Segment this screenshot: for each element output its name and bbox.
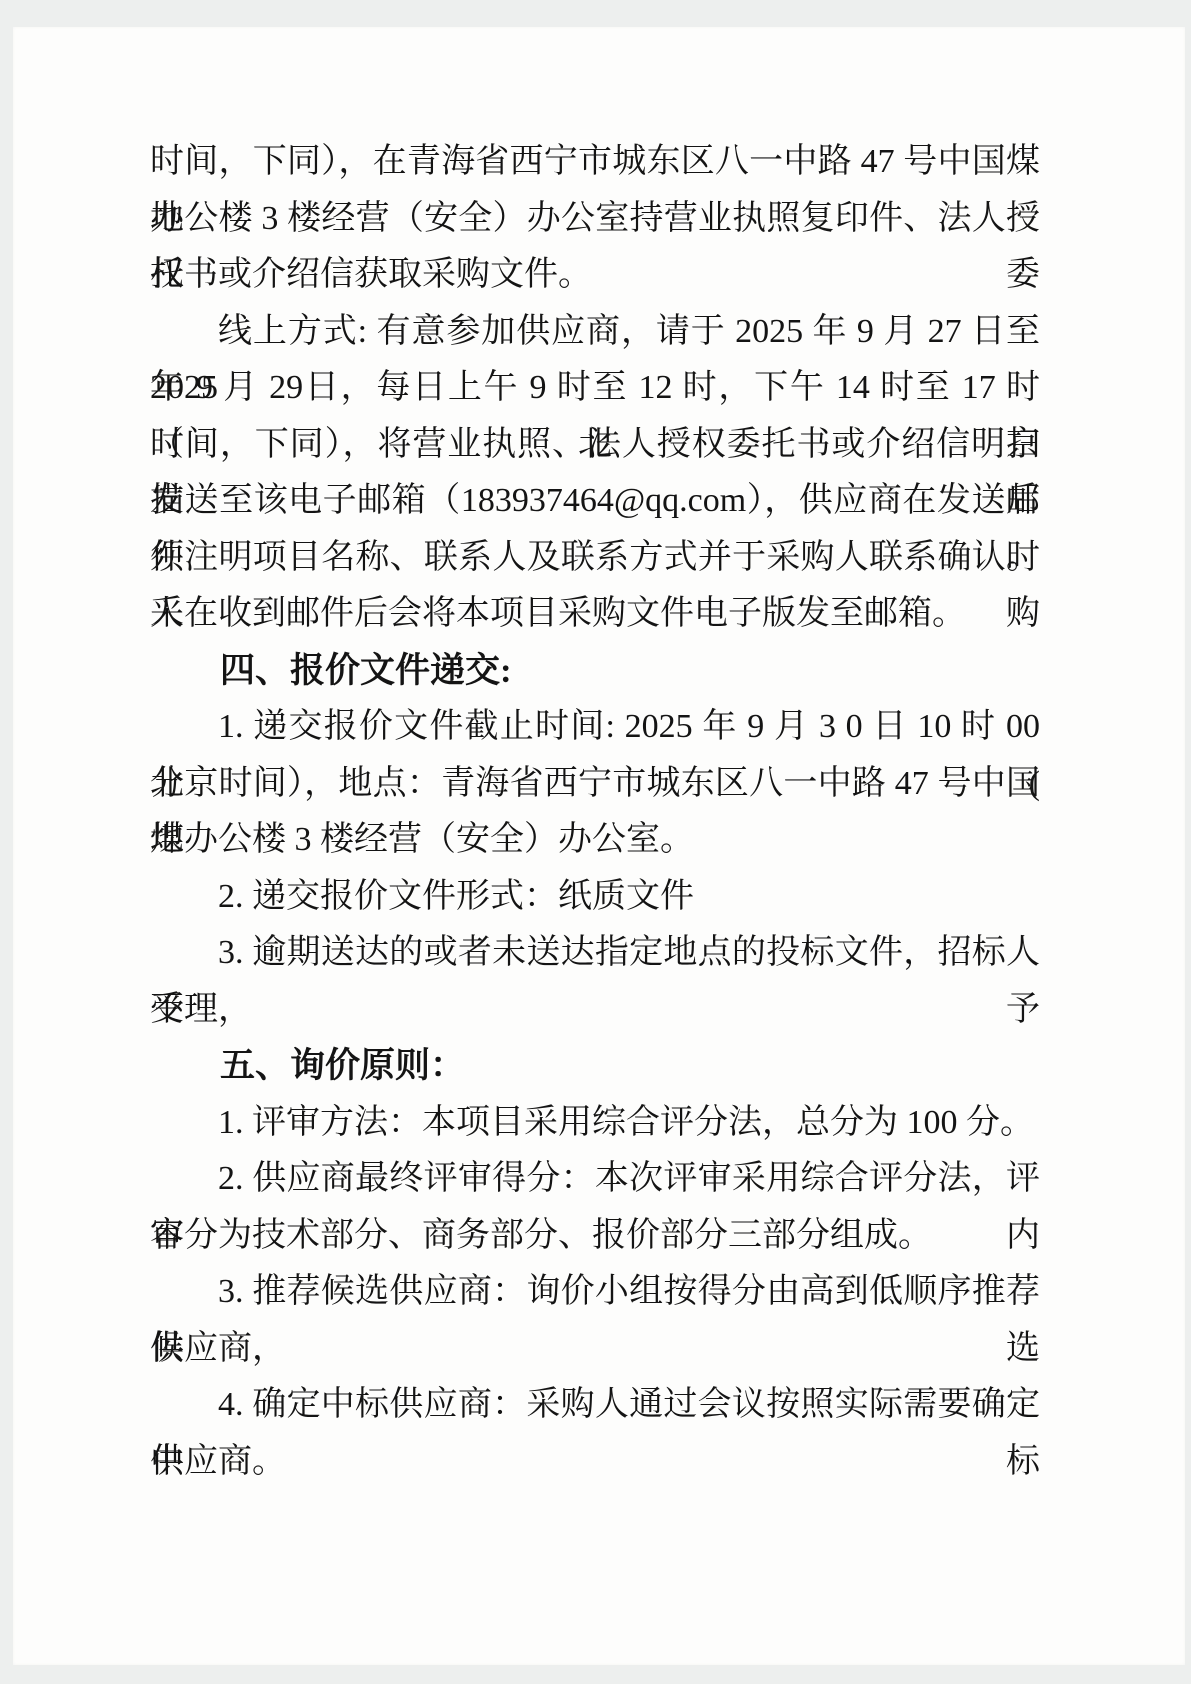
text-line: 1. 评审方法：本项目采用综合评分法，总分为 100 分。 <box>150 1095 1040 1152</box>
text-line: 1. 递交报价文件截止时间: 2025 年 9 月 3 0 日 10 时 00 … <box>150 699 1040 756</box>
text-line: 4. 确定中标供应商：采购人通过会议按照实际需要确定中标 <box>150 1377 1040 1434</box>
text-line: 地办公楼 3 楼经营（安全）办公室。 <box>150 812 1040 869</box>
text-line: 2. 供应商最终评审得分：本次评审采用综合评分法，评审内 <box>150 1151 1040 1208</box>
text-line: 3. 逾期送达的或者未送达指定地点的投标文件，招标人不予 <box>150 925 1040 982</box>
text-line: 北京时间），地点：青海省西宁市城东区八一中路 47 号中国煤 <box>150 756 1040 813</box>
text-line: 3. 推荐候选供应商：询价小组按得分由高到低顺序推荐候选 <box>150 1264 1040 1321</box>
text-line: 人在收到邮件后会将本项目采购文件电子版发至邮箱。 <box>150 586 1040 643</box>
section-heading-5: 五、询价原则： <box>150 1038 1040 1095</box>
document-page: 时间，下同），在青海省西宁市城东区八一中路 47 号中国煤地 办公楼 3 楼经营… <box>13 27 1185 1665</box>
text-line: 2. 递交报价文件形式：纸质文件 <box>150 869 1040 926</box>
text-line: 时间，下同），将营业执照、法人授权委托书或介绍信明扫描后 <box>150 417 1040 474</box>
text-line: 办公楼 3 楼经营（安全）办公室持营业执照复印件、法人授权委 <box>150 191 1040 248</box>
document-text-block: 时间，下同），在青海省西宁市城东区八一中路 47 号中国煤地 办公楼 3 楼经营… <box>150 134 1040 1490</box>
text-line: 年 9 月 29日，每日上午 9 时至 12 时，下午 14 时至 17 时（北… <box>150 360 1040 417</box>
section-heading-4: 四、报价文件递交: <box>150 643 1040 700</box>
text-line: 线上方式: 有意参加供应商，请于 2025 年 9 月 27 日至 2025 <box>150 304 1040 361</box>
text-line: 容分为技术部分、商务部分、报价部分三部分组成。 <box>150 1208 1040 1265</box>
text-line: 时间，下同），在青海省西宁市城东区八一中路 47 号中国煤地 <box>150 134 1040 191</box>
text-line-email: 发送至该电子邮箱（183937464@qq.com），供应商在发送邮件时 <box>150 473 1040 530</box>
text-line: 须注明项目名称、联系人及联系方式并于采购人联系确认。采购 <box>150 530 1040 587</box>
